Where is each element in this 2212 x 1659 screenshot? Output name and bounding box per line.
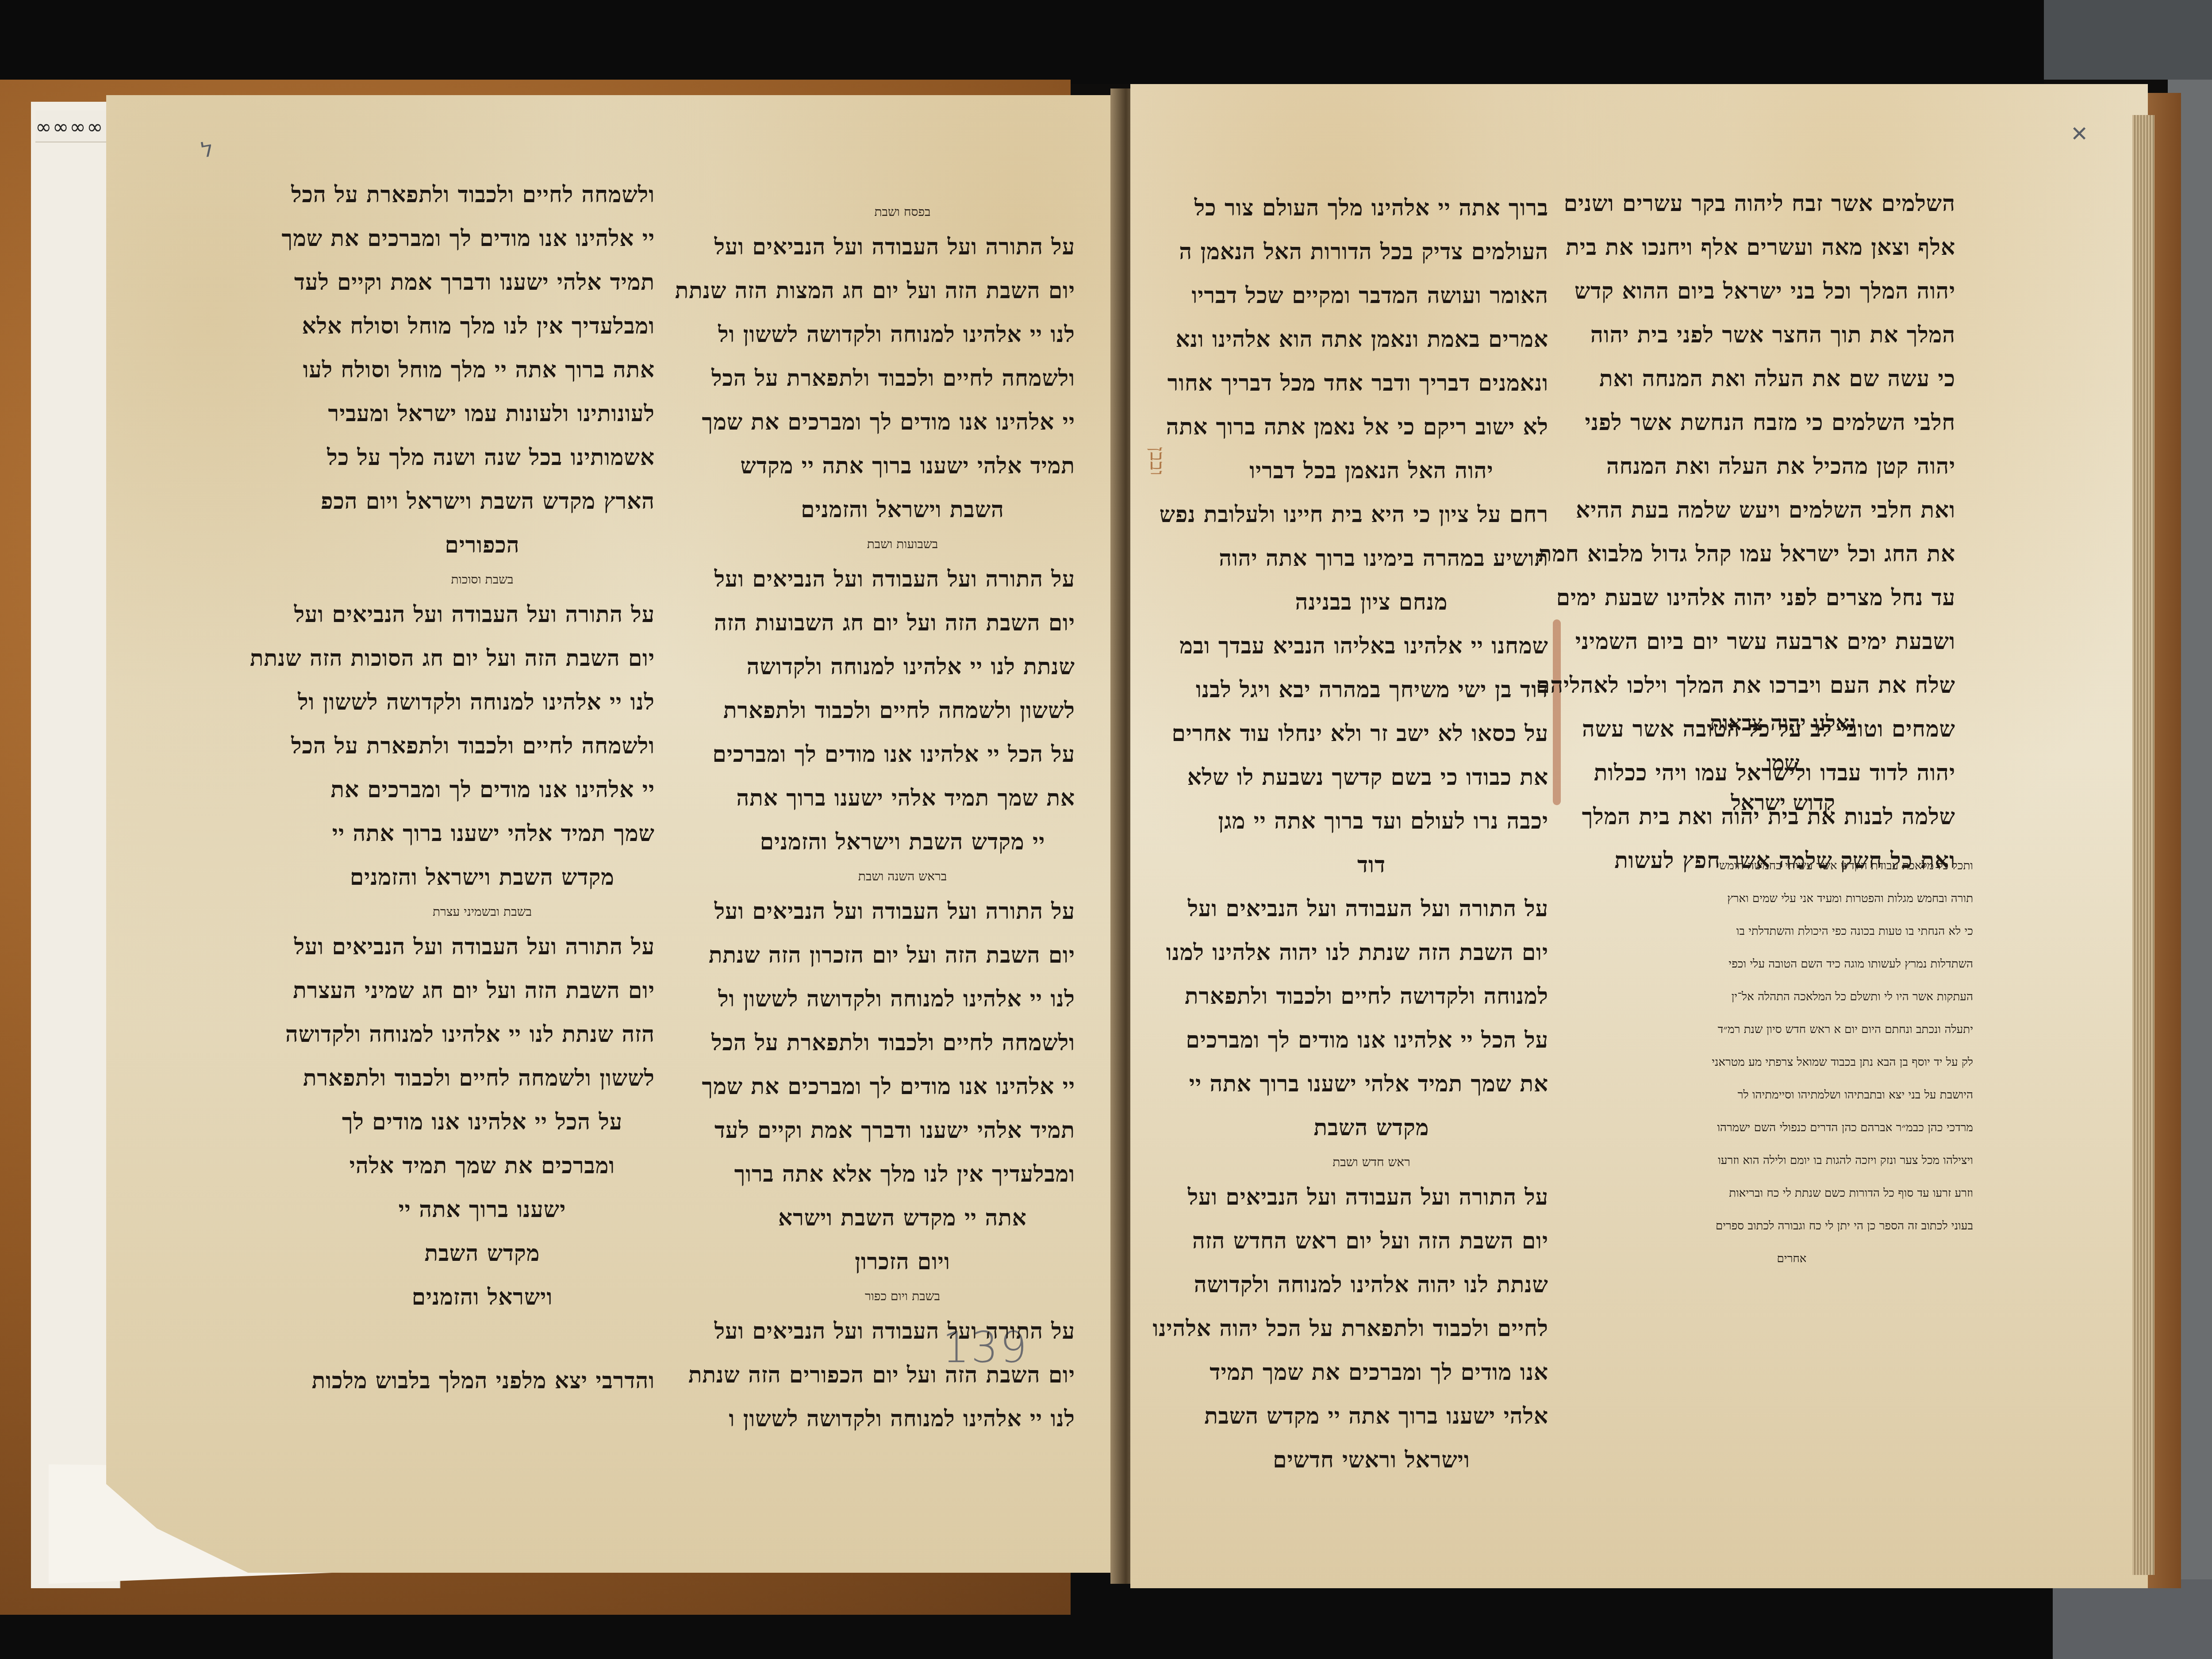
text-line: לא ישוב ריקם כי אל נאמן אתה ברוך אתה (1194, 405, 1548, 449)
text-line: יי אלהינו אנו מודים לך ומברכים את שמך (310, 216, 655, 260)
text-line: את שמך תמיד אלהי ישענו ברוך אתה יי (1194, 1062, 1548, 1106)
text-line: יום השבת הזה ועל יום חג שמיני העצרת (310, 968, 655, 1012)
text-line: ונאמנים דבריך ודבר אחד מכל דבריך אחור (1194, 361, 1548, 405)
colophon-line: ויצילהו מכל צער ונזק ויזכה להגות בו יומם… (1610, 1144, 1973, 1177)
text-line: ולשמחה לחיים ולכבוד ולתפארת על הכל (730, 1021, 1075, 1064)
text-line: דוד (1194, 843, 1548, 887)
left-page-column-2: בפסח ושבת על התורה ועל העבודה ועל הנביאי… (730, 199, 1075, 1440)
text-line: שמחנו יי אלהינו באליהו הנביא עבדך ובמ (1194, 624, 1548, 668)
text-line: על הכל יי אלהינו אנו מודים לך ומברכים (1194, 1018, 1548, 1062)
text-line: על התורה ועל העבודה ועל הנביאים ועל (1194, 1175, 1548, 1219)
page-fore-edge (2132, 115, 2154, 1575)
red-ink-stain (1553, 619, 1561, 805)
text-line: שלח את העם ויברכו את המלך וילכו לאהליהם (1601, 663, 1955, 707)
text-line: המלך את תוך החצר אשר לפני בית יהוה (1601, 313, 1955, 357)
text-line: יי אלהינו אנו מודים לך ומברכים את שמך (730, 400, 1075, 444)
text-line: יום השבת הזה ועל יום חג הסוכות הזה שנתת (310, 636, 655, 680)
pencil-mark-right: ✕ (2070, 122, 2088, 146)
text-line: לששון ולשמחה לחיים ולכבוד ולתפארת (730, 688, 1075, 732)
section-heading: בשבת ויום כפור (730, 1283, 1075, 1309)
text-line: תמיד אלהי ישענו ברוך אתה יי מקדש (730, 444, 1075, 488)
text-line: דוד בן ישי משיחך במהרה יבא ויגל לבנו (1194, 668, 1548, 711)
colophon-line: אחרים (1610, 1242, 1973, 1275)
colophon-line: היושבת על בני יצא ובתבתיהו ושלמתיהו וסיי… (1610, 1079, 1973, 1111)
text-line: ולשמחה לחיים ולכבוד ולתפארת על הכל (310, 724, 655, 768)
colophon-heading-line: גאלנו יהוה צבאות (1628, 703, 1938, 743)
colophon-line: לק על יד יוסף בן הבא נתן בכבוד שמואל צרפ… (1610, 1046, 1973, 1079)
text-line: הזה שנתת לנו יי אלהינו למנוחה ולקדושה (310, 1012, 655, 1056)
section-heading: ראש חדש ושבת (1194, 1149, 1548, 1175)
background-grey-corner (2044, 0, 2212, 80)
text-line: יי אלהינו אנו מודים לך ומברכים את שמך (730, 1064, 1075, 1108)
marginal-note-red: ובבן (1146, 447, 1168, 476)
text-line: תמיד אלהי ישענו ודברך אמת וקיים לעד (310, 260, 655, 304)
text-line: את כבודו כי בשם קדשך נשבעת לו שלא (1194, 755, 1548, 799)
text-line: מקדש השבת (310, 1231, 655, 1275)
text-line: לנו יי אלהינו למנוחה ולקדושה לששון ול (310, 680, 655, 724)
colophon-heading-line: קדוש ישראל (1628, 783, 1938, 823)
text-line: הארץ מקדש השבת וישראל ויום הכפ (310, 479, 655, 523)
text-line: על התורה ועל העבודה ועל הנביאים ועל (310, 592, 655, 636)
text-line: ויום הזכרון (730, 1240, 1075, 1283)
text-line: אתה ברוך אתה יי מלך מוחל וסולח לעו (310, 348, 655, 392)
colophon-heading: גאלנו יהוה צבאות שמו קדוש ישראל (1628, 703, 1938, 823)
text-line: לנו יי אלהינו למנוחה ולקדושה לששון ול (730, 977, 1075, 1021)
text-line: הכפורים (310, 523, 655, 567)
text-line: מנחם ציון בבנינה (1194, 580, 1548, 624)
section-heading: בשבת ובשמיני עצרת (310, 899, 655, 925)
text-line: ישענו ברוך אתה יי (310, 1187, 655, 1231)
colophon-line: כי לא הנחתי בו טעות בכונה כפי היכולת והש… (1610, 915, 1973, 948)
colophon-line: בעוני לכתוב זה הספר כן הי יתן לי כח וגבו… (1610, 1210, 1973, 1242)
text-line: השלמים אשר זבח ליהוה בקר עשרים ושנים (1601, 181, 1955, 225)
colophon-line: העתקות אשר היו לי ותשלם כל המלאכה התהלה … (1610, 980, 1973, 1013)
text-line: למנוחה ולקדושה לחיים ולכבוד ולתפארת (1194, 974, 1548, 1018)
text-line: את החג וכל ישראל עמו קהל גדול מלבוא חמת (1601, 532, 1955, 576)
scribal-colophon: ותכל כל מלאכת עבודת הקדש אשר עשיתי בחמשה… (1610, 849, 1973, 1275)
left-page-column-1: ולשמחה לחיים ולכבוד ולתפארת על הכל יי אל… (310, 173, 655, 1402)
text-line: על התורה ועל העבודה ועל הנביאים ועל (730, 1309, 1075, 1353)
text-line: לחיים ולכבוד ולתפארת על הכל יהוה אלהינו (1194, 1306, 1548, 1350)
text-line: וישראל והזמנים (310, 1275, 655, 1319)
text-line: את שמך תמיד אלהי ישענו ברוך אתה (730, 776, 1075, 820)
text-line: לנו יי אלהינו למנוחה ולקדושה לששון ול (730, 312, 1075, 356)
text-line: העולמים צדיק בכל הדורות האל הנאמן ה (1194, 230, 1548, 273)
text-line: ומברכים את שמך תמיד אלהי (310, 1144, 655, 1187)
text-line: ומבלעדיך אין לנו מלך אלא אתה ברוך (730, 1152, 1075, 1196)
text-line: כי עשה שם את העלה ואת המנחה ואת (1601, 357, 1955, 400)
text-line: יהוה המלך וכל בני ישראל ביום ההוא קדש (1601, 269, 1955, 313)
text-line: אלהי ישענו ברוך אתה יי מקדש השבת (1194, 1394, 1548, 1438)
text-line: חלבי השלמים כי מזבח הנחשת אשר לפני (1601, 400, 1955, 444)
text-line: לששון ולשמחה לחיים ולכבוד ולתפארת (310, 1056, 655, 1100)
text-line: ושבעת ימים ארבעה עשר יום ביום השמיני (1601, 619, 1955, 663)
text-line: יום השבת הזה ועל יום הכפורים הזה שנתת (730, 1353, 1075, 1397)
colophon-heading-line: שמו (1628, 743, 1938, 783)
text-line: מקדש השבת וישראל והזמנים (310, 855, 655, 899)
colophon-line: ותכל כל מלאכת עבודת הקדש אשר עשיתי בחמשה… (1610, 849, 1973, 882)
text-line: על כסאו לא ישב זר ולא ינחלו עוד אחרים (1194, 711, 1548, 755)
text-line: עד נחל מצרים לפני יהוה אלהינו שבעת ימים (1601, 576, 1955, 619)
text-line: האומר ועושה המדבר ומקיים שכל דבריו (1194, 273, 1548, 317)
text-line: יום השבת הזה ועל יום הזכרון הזה שנתת (730, 933, 1075, 977)
section-heading: בשבת וסוכות (310, 567, 655, 592)
text-line: שמך תמיד אלהי ישענו ברוך אתה יי (310, 811, 655, 855)
section-heading: בראש השנה ושבת (730, 864, 1075, 889)
text-line: תושיע במהרה בימינו ברוך אתה יהוה (1194, 536, 1548, 580)
text-line: יום השבת הזה שנתת לנו יהוה אלהינו למנו (1194, 930, 1548, 974)
text-line: יי אלהינו אנו מודים לך ומברכים את (310, 768, 655, 811)
text-line: לנו יי אלהינו למנוחה ולקדושה לששון ו (730, 1397, 1075, 1440)
colophon-line: מרדכי כהן כבמ״ר אברהם כהן הדרים כנפולי ה… (1610, 1111, 1973, 1144)
background-felt-top (0, 0, 2044, 84)
text-line: ברוך אתה יי אלהינו מלך העולם צור כל (1194, 186, 1548, 230)
text-line: מקדש השבת (1194, 1106, 1548, 1149)
colophon-line: תורה ובחמש מגלות והפטרות ומעיד אני עלי ש… (1610, 882, 1973, 915)
text-line: על התורה ועל העבודה ועל הנביאים ועל (730, 225, 1075, 269)
text-line: רחם על ציון כי היא בית חיינו ולעלובת נפש (1194, 492, 1548, 536)
section-heading: בשבועות ושבת (730, 531, 1075, 557)
text-line: ומבלעדיך אין לנו מלך מוחל וסולח אלא (310, 304, 655, 348)
text-line: השבת וישראל והזמנים (730, 488, 1075, 531)
text-line: ולשמחה לחיים ולכבוד ולתפארת על הכל (310, 173, 655, 216)
text-line: על התורה ועל העבודה ועל הנביאים ועל (310, 925, 655, 968)
text-line: יי מקדש השבת וישראל והזמנים (730, 820, 1075, 864)
text-line: והדרבי יצא מלפני המלך בלבוש מלכות (310, 1359, 655, 1402)
text-line: לעונותינו ולעונות עמו ישראל ומעביר (310, 392, 655, 435)
text-line: על התורה ועל העבודה ועל הנביאים ועל (1194, 887, 1548, 930)
text-line: אמרים באמת ונאמן אתה הוא אלהינו ונא (1194, 317, 1548, 361)
colophon-line: יתעלה ונכתב ונחתם היום יום א ראש חדש סיו… (1610, 1013, 1973, 1046)
right-page-column-1: ברוך אתה יי אלהינו מלך העולם צור כל העול… (1194, 186, 1548, 1482)
text-line: ולשמחה לחיים ולכבוד ולתפארת על הכל (730, 356, 1075, 400)
text-line: אלף וצאן מאה ועשרים אלף ויחנכו את בית (1601, 225, 1955, 269)
text-line: על התורה ועל העבודה ועל הנביאים ועל (730, 889, 1075, 933)
text-line: על הכל יי אלהינו אנו מודים לך ומברכים (730, 732, 1075, 776)
text-line: תמיד אלהי ישענו ודברך אמת וקיים לעד (730, 1108, 1075, 1152)
text-line: על הכל יי אלהינו אנו מודים לך (310, 1100, 655, 1144)
text-line: יהוה קטן מהכיל את העלה ואת המנחה (1601, 444, 1955, 488)
text-line: אתה יי מקדש השבת וישרא (730, 1196, 1075, 1240)
rope-ornament-icon: ∞∞∞∞ (35, 116, 104, 138)
text-line: יום השבת הזה ועל יום חג השבועות הזה (730, 601, 1075, 645)
colophon-line: השתדלות נמרץ לעשותו מוגה כיד השם הטובה ע… (1610, 948, 1973, 980)
section-heading: בפסח ושבת (730, 199, 1075, 225)
background-grey-bottom (2053, 1579, 2212, 1659)
text-line: ואת חלבי השלמים ויעש שלמה בעת ההיא (1601, 488, 1955, 532)
text-line: יהוה האל הנאמן בכל דבריו (1194, 449, 1548, 492)
text-line: שנתת לנו יי אלהינו למנוחה ולקדושה (730, 645, 1075, 688)
colophon-line: וזרע זרעו עד סוף כל הדורות כשם שנתת לי כ… (1610, 1177, 1973, 1210)
text-line: וישראל וראשי חדשים (1194, 1438, 1548, 1482)
text-line: יום השבת הזה ועל יום ראש החדש הזה (1194, 1219, 1548, 1263)
text-line: על התורה ועל העבודה ועל הנביאים ועל (730, 557, 1075, 601)
text-line: אשמותינו בכל שנה ושנה מלך על כל (310, 435, 655, 479)
text-line: יכבה נרו לעולם ועד ברוך אתה יי מגן (1194, 799, 1548, 843)
text-line: אנו מודים לך ומברכים את שמך תמיד (1194, 1350, 1548, 1394)
text-line: שנתת לנו יהוה אלהינו למנוחה ולקדושה (1194, 1263, 1548, 1306)
text-line: יום השבת הזה ועל יום חג המצות הזה שנתת (730, 269, 1075, 312)
